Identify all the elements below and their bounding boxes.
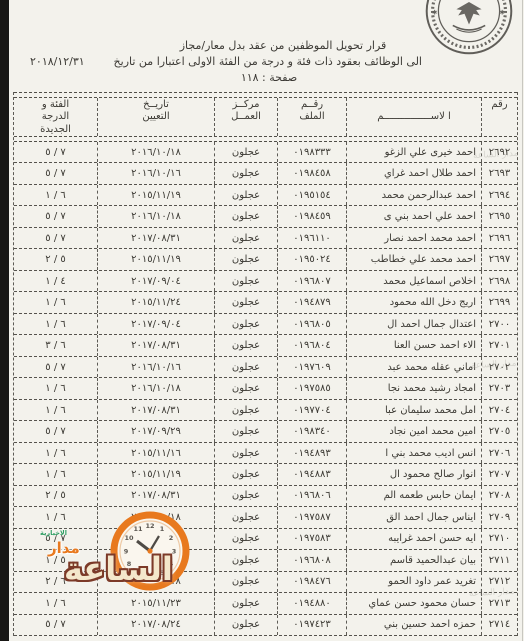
table-row: ٢٧٠٣ امجاد رشيد محمد نجا ٠١٩٧٥٨٥ عجلون ٢… — [14, 378, 517, 399]
cell-new-grade: ٧ / ٥ — [14, 615, 97, 635]
cell-file-number: ٠١٩٦٨٠٤ — [277, 335, 346, 355]
page-number-label: صفحة : ١١٨ — [214, 71, 324, 84]
cell-file-number: ٠١٩٧٥٨٣ — [277, 529, 346, 549]
cell-file-number: ٠١٩٦٨٠٧ — [277, 271, 346, 291]
cell-new-grade: ٦ / ٣ — [14, 335, 97, 355]
table-row: ٢٦٩٣ احمد طلال احمد غراي ٠١٩٨٤٥٨ عجلون ٢… — [14, 163, 517, 184]
cell-appointment-date: ٢٠١٧/٠٨/٢٤ — [97, 615, 214, 635]
cell-file-number: ٠١٩٧٧٠٤ — [277, 400, 346, 420]
cell-file-number: ٠١٩٧٦٠٩ — [277, 357, 346, 377]
cell-row-number: ٢٧٠٩ — [481, 507, 517, 527]
cell-file-number: ٠١٩٧٥٨٧ — [277, 507, 346, 527]
cell-appointment-date: ٢٠١٦/١٠/١٨ — [97, 572, 214, 592]
cell-work-center: عجلون — [214, 228, 277, 248]
cell-appointment-date — [97, 550, 214, 570]
cell-appointment-date: ٢٠١٥/١١/١٩ — [97, 249, 214, 269]
cell-employee-name: ايمان حابس طعمه الم — [346, 486, 481, 506]
table-row: ٢٦٩٥ احمد علي احمد بني ى ٠١٩٨٤٥٩ عجلون ٢… — [14, 206, 517, 227]
cell-employee-name: بيان عبدالحميد قاسم — [346, 550, 481, 570]
table-row: ٢٧١٤ حمزه احمد حسين بني ٠١٩٧٤٢٣ عجلون ٢٠… — [14, 615, 517, 636]
cell-new-grade: ٦ / ١ — [14, 314, 97, 334]
cell-new-grade: ٦ / ١ — [14, 464, 97, 484]
cell-appointment-date: ٢٠١٦/١٠/١٦ — [97, 163, 214, 183]
cell-employee-name: تغريد عمر داود الحمو — [346, 572, 481, 592]
cell-work-center: عجلون — [214, 421, 277, 441]
cell-new-grade: ٦ / ١ — [14, 292, 97, 312]
cell-file-number: ٠١٩٤٨٨٣ — [277, 464, 346, 484]
svg-text:✱: ✱ — [432, 10, 437, 17]
cell-appointment-date: ٢٠١٦/١٠/١٨ — [97, 142, 214, 162]
cell-employee-name: امل محمد سليمان عبا — [346, 400, 481, 420]
cell-appointment-date: ٢٠١٥/١١/١٩ — [97, 185, 214, 205]
cell-new-grade: ٥ / ١ — [14, 550, 97, 570]
cell-file-number: ٠١٩٦٨٠٨ — [277, 550, 346, 570]
cell-employee-name: امين محمد امين نجاد — [346, 421, 481, 441]
svg-text:✱: ✱ — [500, 10, 505, 17]
cell-appointment-date: ٢٠١٧/٠٨/٣١ — [97, 400, 214, 420]
col-header-grade: الفئة و الدرجة الجديدة — [14, 98, 97, 136]
cell-work-center: عجلون — [214, 357, 277, 377]
cell-new-grade: ٦ / ١ — [14, 400, 97, 420]
cell-appointment-date: ٢٠١٧/٠٩/٢٩ — [97, 421, 214, 441]
table-row: ٢٧٠٥ امين محمد امين نجاد ٠١٩٨٣٤٠ عجلون ٢… — [14, 421, 517, 442]
cell-work-center: عجلون — [214, 314, 277, 334]
cell-new-grade: ٦ / ١ — [14, 378, 97, 398]
col-header-center: مركــز العمــل — [214, 98, 277, 136]
cell-employee-name: احمد طلال احمد غراي — [346, 163, 481, 183]
cell-work-center: عجلون — [214, 572, 277, 592]
table-row: ٢٦٩٨ اخلاص اسماعيل محمد ٠١٩٦٨٠٧ عجلون ٢٠… — [14, 271, 517, 292]
cell-employee-name: احمد محمد احمد نصار — [346, 228, 481, 248]
cell-appointment-date: ٢٠١٧/٠٨/٣١ — [97, 228, 214, 248]
cell-work-center: عجلون — [214, 206, 277, 226]
cell-work-center: عجلون — [214, 292, 277, 312]
jordan-coat-of-arms-seal-icon: ✱ ✱ — [424, 0, 514, 56]
scanned-document-page: ✱ ✱ قرار تحويل الموظفين من عقد بدل معار/… — [0, 0, 524, 641]
cell-work-center: عجلون — [214, 443, 277, 463]
cell-employee-name: حسان محمود حسن عماي — [346, 593, 481, 613]
cell-appointment-date: ٢٠١٧/٠٨/٣١ — [97, 486, 214, 506]
cell-employee-name: احمد خيرى علي الزغو — [346, 142, 481, 162]
cell-work-center: عجلون — [214, 486, 277, 506]
cell-row-number: ٢٧١١ — [481, 550, 517, 570]
cell-file-number: ٠١٩٥١٥٤ — [277, 185, 346, 205]
cell-work-center: عجلون — [214, 464, 277, 484]
cell-work-center: عجلون — [214, 271, 277, 291]
cell-new-grade: ٦ / ١ — [14, 507, 97, 527]
employees-transfer-table: رقم ا لاســــــــــــــــم رقــم الملف م… — [13, 92, 518, 636]
cell-row-number: ٢٧٠٣ — [481, 378, 517, 398]
table-row: ٢٧٠٩ ايناس جمال احمد الق ٠١٩٧٥٨٧ عجلون ٢… — [14, 507, 517, 528]
cell-employee-name: اماني عقله محمد عبد — [346, 357, 481, 377]
cell-employee-name: اريج دخل الله محمود — [346, 292, 481, 312]
effective-date: ٢٠١٨/١٢/٣١ — [30, 55, 85, 68]
scan-left-edge — [0, 0, 9, 641]
table-row: ٢٧٠٦ انس اديب محمد بني ا ٠١٩٤٨٩٣ عجلون ٢… — [14, 443, 517, 464]
cell-new-grade: ٧ / ٥ — [14, 421, 97, 441]
cell-work-center: عجلون — [214, 163, 277, 183]
col-header-name: ا لاســــــــــــــــم — [346, 98, 481, 136]
cell-row-number: ٢٦٩٨ — [481, 271, 517, 291]
cell-new-grade: ٧ / ٥ — [14, 163, 97, 183]
cell-row-number: ٢٦٩٩ — [481, 292, 517, 312]
cell-row-number: ٢٧٠٥ — [481, 421, 517, 441]
table-row: ٢٦٩٧ احمد محمد علي خطاطب ٠١٩٥٠٢٤ عجلون ٢… — [14, 249, 517, 270]
cell-new-grade: ٤ / ١ — [14, 271, 97, 291]
table-row: ٢٧٠٧ انوار صالح محمود ال ٠١٩٤٨٨٣ عجلون ٢… — [14, 464, 517, 485]
cell-row-number: ٢٦٩٥ — [481, 206, 517, 226]
cell-row-number: ٢٧٠٧ — [481, 464, 517, 484]
cell-employee-name: الاء احمد حسن العنا — [346, 335, 481, 355]
cell-new-grade: ٧ / ٥ — [14, 529, 97, 549]
cell-employee-name: اعتدال جمال احمد ال — [346, 314, 481, 334]
cell-new-grade: ٧ / ٥ — [14, 228, 97, 248]
scan-right-edge — [522, 0, 523, 641]
cell-work-center: عجلون — [214, 593, 277, 613]
table-row: ٢٧٠٤ امل محمد سليمان عبا ٠١٩٧٧٠٤ عجلون ٢… — [14, 400, 517, 421]
cell-file-number: ٠١٩٤٨٧٩ — [277, 292, 346, 312]
col-header-file: رقــم الملف — [277, 98, 346, 136]
cell-row-number: ٢٦٩٦ — [481, 228, 517, 248]
cell-file-number: ٠١٩٨٣٤٠ — [277, 421, 346, 441]
title-line2-text: الى الوظائف بعقود ذات فئة و درجة من الفئ… — [114, 55, 422, 68]
table-row: ٢٧٠٢ اماني عقله محمد عبد ٠١٩٧٦٠٩ عجلون ٢… — [14, 357, 517, 378]
cell-employee-name: حمزه احمد حسين بني — [346, 615, 481, 635]
table-row: ٢٦٩٢ احمد خيرى علي الزغو ٠١٩٨٣٣٣ عجلون ٢… — [14, 142, 517, 163]
cell-new-grade: ٦ / ١ — [14, 185, 97, 205]
col-header-number: رقم — [481, 98, 517, 136]
table-row: ٢٧٠٠ اعتدال جمال احمد ال ٠١٩٦٨٠٥ عجلون ٢… — [14, 314, 517, 335]
cell-work-center: عجلون — [214, 185, 277, 205]
cell-work-center: عجلون — [214, 335, 277, 355]
table-row: ٢٧١١ بيان عبدالحميد قاسم ٠١٩٦٨٠٨ عجلون ٥… — [14, 550, 517, 571]
cell-new-grade: ٧ / ٥ — [14, 142, 97, 162]
cell-new-grade: ٥ / ٢ — [14, 249, 97, 269]
table-row: ٢٧١٣ حسان محمود حسن عماي ٠١٩٤٨٨٠ عجلون ٢… — [14, 593, 517, 614]
cell-row-number: ٢٦٩٤ — [481, 185, 517, 205]
cell-row-number: ٢٧٠١ — [481, 335, 517, 355]
cell-new-grade: ٦ / ١ — [14, 443, 97, 463]
cell-work-center: عجلون — [214, 615, 277, 635]
cell-appointment-date: ٢٠١٧/٠٨/٣١ — [97, 335, 214, 355]
cell-file-number: ٠١٩٧٥٨٥ — [277, 378, 346, 398]
table-row: ٢٧٠٨ ايمان حابس طعمه الم ٠١٩٦٨٠٦ عجلون ٢… — [14, 486, 517, 507]
cell-file-number: ٠١٩٤٨٩٣ — [277, 443, 346, 463]
cell-work-center: عجلون — [214, 378, 277, 398]
cell-row-number: ٢٦٩٧ — [481, 249, 517, 269]
table-row: ٢٧١٠ ايه حسن احمد غرايبه ٠١٩٧٥٨٣ عجلون ٢… — [14, 529, 517, 550]
cell-appointment-date: ٢٠١٦/١٠/١٦ — [97, 357, 214, 377]
cell-employee-name: احمد محمد علي خطاطب — [346, 249, 481, 269]
col-header-date: تاريــخ التعيين — [97, 98, 214, 136]
cell-file-number: ٠١٩٦٨٠٦ — [277, 486, 346, 506]
cell-work-center: عجلون — [214, 400, 277, 420]
cell-employee-name: اخلاص اسماعيل محمد — [346, 271, 481, 291]
cell-row-number: ٢٧٠٨ — [481, 486, 517, 506]
cell-row-number: ٢٧١٠ — [481, 529, 517, 549]
document-title-line1: قرار تحويل الموظفين من عقد بدل معار/مجاز — [150, 39, 416, 52]
cell-employee-name: ايه حسن احمد غرايبه — [346, 529, 481, 549]
cell-file-number: ٠١٩٨٣٣٣ — [277, 142, 346, 162]
document-title-line2: الى الوظائف بعقود ذات فئة و درجة من الفئ… — [30, 55, 422, 68]
cell-new-grade: ٦ / ٢ — [14, 572, 97, 592]
cell-new-grade: ٧ / ٥ — [14, 206, 97, 226]
cell-appointment-date: ٢٠١٥/١١/٢٤ — [97, 292, 214, 312]
cell-appointment-date: ٢٠١٧/٠٩/٠٤ — [97, 271, 214, 291]
cell-employee-name: انوار صالح محمود ال — [346, 464, 481, 484]
cell-file-number: ٠١٩٨٤٥٨ — [277, 163, 346, 183]
cell-new-grade: ٥ / ٢ — [14, 486, 97, 506]
cell-employee-name: احمد عبدالرحمن محمد — [346, 185, 481, 205]
cell-row-number: ٢٧٠٤ — [481, 400, 517, 420]
table-body: ٢٦٩٢ احمد خيرى علي الزغو ٠١٩٨٣٣٣ عجلون ٢… — [14, 142, 517, 636]
table-row: ٢٦٩٩ اريج دخل الله محمود ٠١٩٤٨٧٩ عجلون ٢… — [14, 292, 517, 313]
cell-work-center: عجلون — [214, 507, 277, 527]
cell-row-number: ٢٦٩٣ — [481, 163, 517, 183]
cell-file-number: ٠١٩٧٤٢٣ — [277, 615, 346, 635]
cell-file-number: ٠١٩٦١١٠ — [277, 228, 346, 248]
cell-appointment-date: ٢٠١٦/١٠/١٨ — [97, 378, 214, 398]
cell-file-number: ٠١٩٦٨٠٥ — [277, 314, 346, 334]
cell-new-grade: ٧ / ٥ — [14, 357, 97, 377]
cell-employee-name: انس اديب محمد بني ا — [346, 443, 481, 463]
table-row: ٢٧١٢ تغريد عمر داود الحمو ٠١٩٨٤٧٦ عجلون … — [14, 572, 517, 593]
table-row: ٢٦٩٦ احمد محمد احمد نصار ٠١٩٦١١٠ عجلون ٢… — [14, 228, 517, 249]
cell-appointment-date: ٢٠١٦/١٠/١٨ — [97, 529, 214, 549]
cell-appointment-date: ٢٠١٥/١١/١٩ — [97, 464, 214, 484]
cell-row-number: ٢٧١٤ — [481, 615, 517, 635]
cell-row-number: ٢٧٠٦ — [481, 443, 517, 463]
cell-appointment-date: ٢٠١٦/١٠/١٨ — [97, 507, 214, 527]
cell-employee-name: ايناس جمال احمد الق — [346, 507, 481, 527]
cell-file-number: ٠١٩٨٤٥٩ — [277, 206, 346, 226]
cell-appointment-date: ٢٠١٥/١١/١٦ — [97, 443, 214, 463]
table-row: ٢٦٩٤ احمد عبدالرحمن محمد ٠١٩٥١٥٤ عجلون ٢… — [14, 185, 517, 206]
cell-appointment-date: ٢٠١٧/٠٩/٠٤ — [97, 314, 214, 334]
cell-employee-name: احمد علي احمد بني ى — [346, 206, 481, 226]
cell-work-center: عجلون — [214, 142, 277, 162]
cell-employee-name: امجاد رشيد محمد نجا — [346, 378, 481, 398]
cell-appointment-date: ٢٠١٥/١١/٢٣ — [97, 593, 214, 613]
table-row: ٢٧٠١ الاء احمد حسن العنا ٠١٩٦٨٠٤ عجلون ٢… — [14, 335, 517, 356]
cell-file-number: ٠١٩٤٨٨٠ — [277, 593, 346, 613]
cell-file-number: ٠١٩٥٠٢٤ — [277, 249, 346, 269]
cell-appointment-date: ٢٠١٦/١٠/١٨ — [97, 206, 214, 226]
cell-file-number: ٠١٩٨٤٧٦ — [277, 572, 346, 592]
cell-work-center: عجلون — [214, 550, 277, 570]
cell-new-grade: ٦ / ١ — [14, 593, 97, 613]
table-header-row: رقم ا لاســــــــــــــــم رقــم الملف م… — [14, 98, 517, 136]
cell-work-center: عجلون — [214, 249, 277, 269]
cell-row-number: ٢٧٠٠ — [481, 314, 517, 334]
cell-work-center: عجلون — [214, 529, 277, 549]
